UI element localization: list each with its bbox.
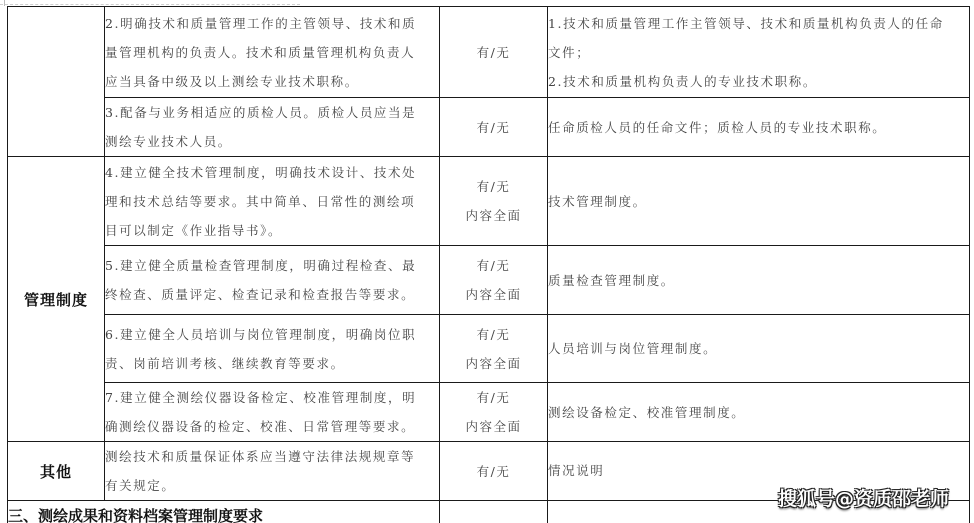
check-text: 有/无 bbox=[440, 251, 547, 280]
table-row: 6.建立健全人员培训与岗位管理制度，明确岗位职 责、岗前培训考核、继续教育等要求… bbox=[8, 315, 970, 383]
materials-text: 人员培训与岗位管理制度。 bbox=[548, 334, 969, 363]
requirement-cell: 6.建立健全人员培训与岗位管理制度，明确岗位职 责、岗前培训考核、继续教育等要求… bbox=[105, 315, 440, 383]
check-cell: 有/无 内容全面 bbox=[440, 315, 548, 383]
requirement-text: 7.建立健全测绘仪器设备检定、校准管理制度，明 bbox=[105, 383, 439, 412]
requirement-text: 有关规定。 bbox=[105, 471, 439, 500]
check-cell bbox=[440, 501, 548, 523]
requirement-text: 应当具备中级及以上测绘专业技术职称。 bbox=[105, 67, 439, 96]
materials-cell: 1.技术和质量管理工作主管领导、技术和质量机构负责人的任命 文件； 2.技术和质… bbox=[548, 7, 970, 98]
requirement-cell: 测绘技术和质量保证体系应当遵守法律法规规章等 有关规定。 bbox=[105, 442, 440, 501]
materials-text: 文件； bbox=[548, 38, 969, 67]
requirement-text: 4.建立健全技术管理制度，明确技术设计、技术处 bbox=[105, 158, 439, 187]
requirement-text: 5.建立健全质量检查管理制度，明确过程检查、最 bbox=[105, 251, 439, 280]
requirement-cell: 4.建立健全技术管理制度，明确技术设计、技术处 理和技术总结等要求。其中简单、日… bbox=[105, 157, 440, 246]
requirement-text: 目可以制定《作业指导书》。 bbox=[105, 216, 439, 245]
check-text: 内容全面 bbox=[440, 201, 547, 230]
requirement-text: 终检查、质量评定、检查记录和检查报告等要求。 bbox=[105, 280, 439, 309]
check-cell: 有/无 bbox=[440, 98, 548, 157]
materials-text: 质量检查管理制度。 bbox=[548, 266, 969, 295]
check-cell: 有/无 bbox=[440, 7, 548, 98]
check-text: 有/无 bbox=[440, 172, 547, 201]
table-row: 5.建立健全质量检查管理制度，明确过程检查、最 终检查、质量评定、检查记录和检查… bbox=[8, 246, 970, 315]
requirement-text: 3.配备与业务相适应的质检人员。质检人员应当是 bbox=[105, 98, 439, 127]
requirement-text: 2.明确技术和质量管理工作的主管领导、技术和质 bbox=[105, 9, 439, 38]
table-row: 2.明确技术和质量管理工作的主管领导、技术和质 量管理机构的负责人。技术和质量管… bbox=[8, 7, 970, 98]
materials-text: 测绘设备检定、校准管理制度。 bbox=[548, 398, 969, 427]
materials-text: 任命质检人员的任命文件；质检人员的专业技术职称。 bbox=[548, 113, 969, 142]
requirement-text: 测绘专业技术人员。 bbox=[105, 127, 439, 156]
materials-cell: 任命质检人员的任命文件；质检人员的专业技术职称。 bbox=[548, 98, 970, 157]
page-top-guide bbox=[0, 4, 300, 5]
check-cell: 有/无 内容全面 bbox=[440, 246, 548, 315]
requirement-text: 6.建立健全人员培训与岗位管理制度，明确岗位职 bbox=[105, 320, 439, 349]
requirement-cell: 2.明确技术和质量管理工作的主管领导、技术和质 量管理机构的负责人。技术和质量管… bbox=[105, 7, 440, 98]
page-margin-mark bbox=[4, 0, 5, 6]
check-cell: 有/无 内容全面 bbox=[440, 383, 548, 442]
section-heading: 三、测绘成果和资料档案管理制度要求 bbox=[8, 501, 440, 523]
requirement-text: 量管理机构的负责人。技术和质量管理机构负责人 bbox=[105, 38, 439, 67]
materials-cell: 技术管理制度。 bbox=[548, 157, 970, 246]
check-cell: 有/无 内容全面 bbox=[440, 157, 548, 246]
requirement-cell: 3.配备与业务相适应的质检人员。质检人员应当是 测绘专业技术人员。 bbox=[105, 98, 440, 157]
table-row: 7.建立健全测绘仪器设备检定、校准管理制度，明 确测绘仪器设备的检定、校准、日常… bbox=[8, 383, 970, 442]
table-row: 管理制度 4.建立健全技术管理制度，明确技术设计、技术处 理和技术总结等要求。其… bbox=[8, 157, 970, 246]
check-text: 有/无 bbox=[440, 383, 547, 412]
materials-cell: 测绘设备检定、校准管理制度。 bbox=[548, 383, 970, 442]
materials-text: 情况说明 bbox=[548, 456, 969, 485]
check-text: 内容全面 bbox=[440, 349, 547, 378]
check-text: 有/无 bbox=[440, 320, 547, 349]
requirements-table: 2.明确技术和质量管理工作的主管领导、技术和质 量管理机构的负责人。技术和质量管… bbox=[7, 6, 970, 523]
materials-text: 1.技术和质量管理工作主管领导、技术和质量机构负责人的任命 bbox=[548, 9, 969, 38]
category-cell: 其他 bbox=[8, 442, 105, 501]
requirement-text: 确测绘仪器设备的检定、校准、日常管理等要求。 bbox=[105, 412, 439, 441]
table-row: 3.配备与业务相适应的质检人员。质检人员应当是 测绘专业技术人员。 有/无 任命… bbox=[8, 98, 970, 157]
materials-cell: 质量检查管理制度。 bbox=[548, 246, 970, 315]
check-text: 内容全面 bbox=[440, 412, 547, 441]
category-cell: 管理制度 bbox=[8, 157, 105, 442]
check-text: 有/无 bbox=[440, 38, 547, 67]
category-cell bbox=[8, 7, 105, 157]
check-text: 有/无 bbox=[440, 113, 547, 142]
check-text: 有/无 bbox=[440, 457, 547, 486]
requirement-text: 责、岗前培训考核、继续教育等要求。 bbox=[105, 349, 439, 378]
requirement-cell: 7.建立健全测绘仪器设备检定、校准管理制度，明 确测绘仪器设备的检定、校准、日常… bbox=[105, 383, 440, 442]
materials-text: 技术管理制度。 bbox=[548, 187, 969, 216]
watermark: 搜狐号@资质邵老师 bbox=[778, 484, 949, 511]
check-text: 内容全面 bbox=[440, 280, 547, 309]
materials-cell: 人员培训与岗位管理制度。 bbox=[548, 315, 970, 383]
requirement-cell: 5.建立健全质量检查管理制度，明确过程检查、最 终检查、质量评定、检查记录和检查… bbox=[105, 246, 440, 315]
check-cell: 有/无 bbox=[440, 442, 548, 501]
materials-text: 2.技术和质量机构负责人的专业技术职称。 bbox=[548, 67, 969, 96]
requirement-text: 测绘技术和质量保证体系应当遵守法律法规规章等 bbox=[105, 442, 439, 471]
requirement-text: 理和技术总结等要求。其中简单、日常性的测绘项 bbox=[105, 187, 439, 216]
